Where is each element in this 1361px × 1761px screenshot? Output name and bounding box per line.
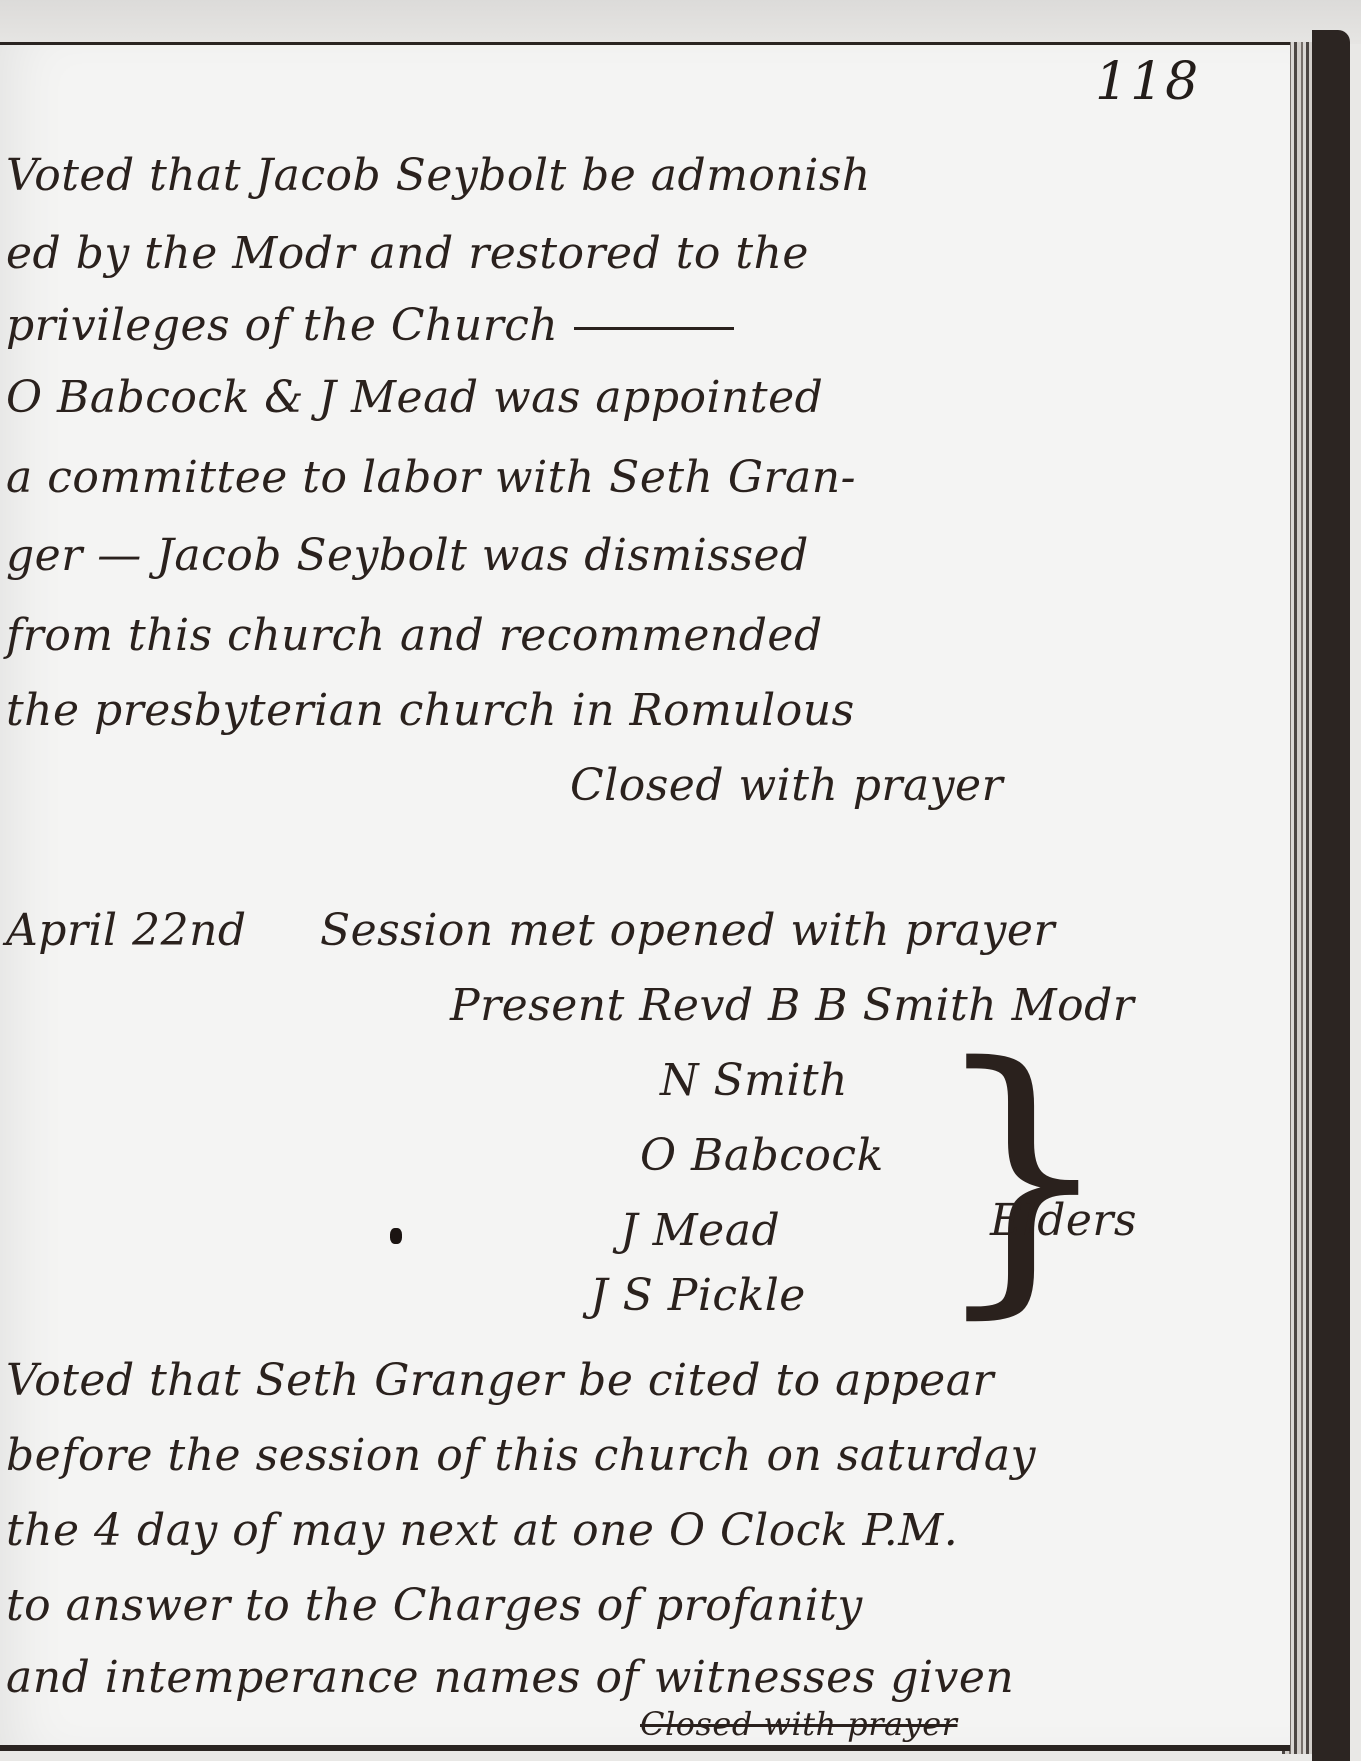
elders-brace: } [930, 1030, 1115, 1320]
struck-closing-line: Closed with prayer [640, 1705, 957, 1743]
manuscript-page [0, 42, 1290, 1751]
entry1-line-3: privileges of the Church [6, 300, 734, 351]
entry1-line-5: a committee to labor with Seth Gran- [6, 452, 856, 503]
entry2-line-5: and intemperance names of witnesses give… [6, 1652, 1014, 1703]
line-dash [574, 327, 734, 330]
book-cover [1312, 30, 1350, 1761]
entry1-line-7: from this church and recommended [6, 610, 823, 661]
elder-name-2: O Babcock [640, 1130, 884, 1181]
entry1-line-3-text: privileges of the Church [6, 300, 558, 351]
entry2-line-1: Voted that Seth Granger be cited to appe… [6, 1355, 994, 1406]
elder-name-1: N Smith [660, 1055, 848, 1106]
elder-name-4: J S Pickle [590, 1270, 806, 1321]
entry2-opening: Session met opened with prayer [320, 905, 1055, 956]
entry1-line-6: ger — Jacob Seybolt was dismissed [6, 530, 809, 581]
entry2-date: April 22nd [6, 905, 247, 956]
entry2-line-4: to answer to the Charges of profanity [6, 1580, 863, 1631]
entry1-line-8: the presbyterian church in Romulous [6, 685, 855, 736]
elder-name-3: J Mead [620, 1205, 780, 1256]
entry2-line-2: before the session of this church on sat… [6, 1430, 1036, 1481]
underlying-sheet [0, 0, 1361, 44]
entry1-line-4: O Babcock & J Mead was appointed [6, 372, 823, 423]
entry1-line-1: Voted that Jacob Seybolt be admonish [6, 150, 871, 201]
entry1-line-2: ed by the Modr and restored to the [6, 228, 809, 279]
page-number: 118 [1095, 52, 1200, 112]
ink-blot [390, 1228, 402, 1244]
entry1-closing: Closed with prayer [570, 760, 1003, 811]
entry2-line-3: the 4 day of may next at one O Clock P.M… [6, 1505, 958, 1556]
elders-label: Elders [990, 1195, 1137, 1246]
